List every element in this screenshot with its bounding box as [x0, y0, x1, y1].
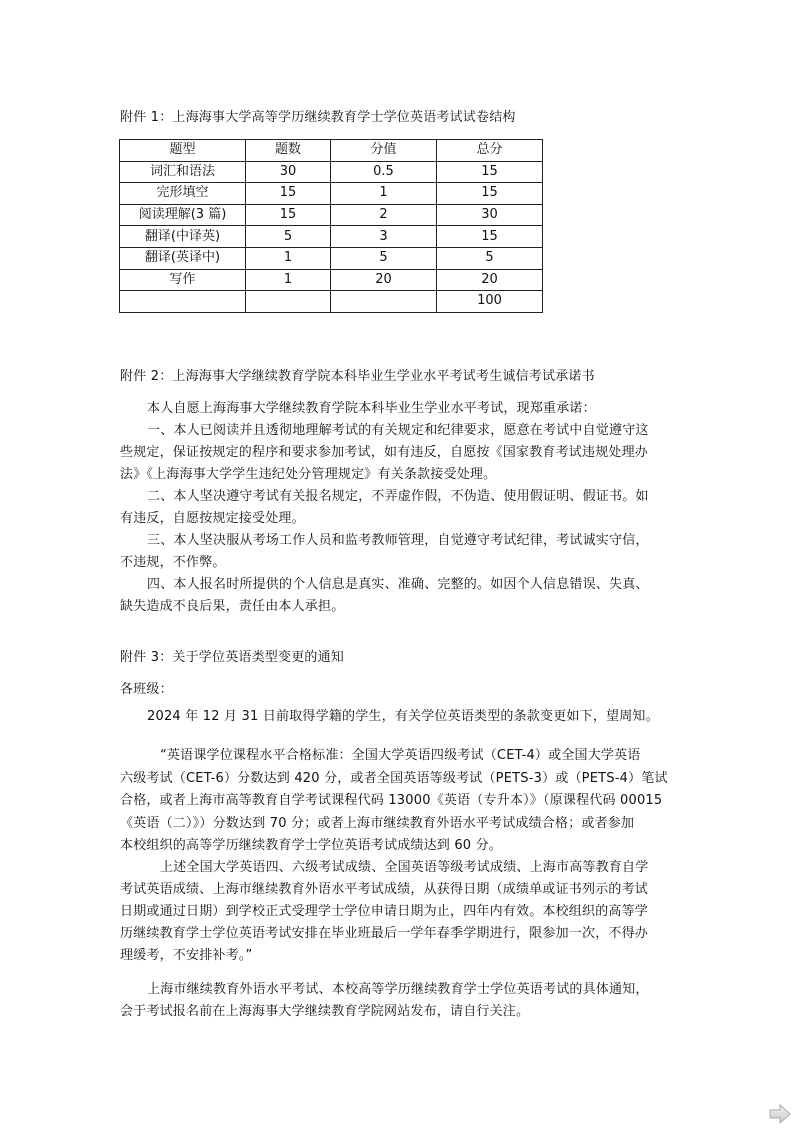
header-cell: 总分: [437, 140, 543, 162]
table-row: 翻译(英译中) 1 5 5: [120, 247, 543, 269]
attachment3-title: 附件 3：关于学位英语类型变更的通知: [120, 650, 344, 666]
table-cell: 1: [331, 183, 437, 205]
quote-line: 本校组织的高等学历继续教育学士学位英语考试成绩达到 60 分。: [120, 838, 502, 854]
table-header-row: 题型 题数 分值 总分: [120, 140, 543, 162]
quote-line: 合格，或者上海市高等教育自学考试课程代码 13000《英语（专升本）》（原课程代…: [120, 793, 662, 809]
table-cell: 5: [246, 226, 331, 248]
pledge-line: 法》《上海海事大学学生违纪处分管理规定》有关条款接受处理。: [120, 467, 496, 483]
table-cell: 5: [331, 247, 437, 269]
total-score-cell: 100: [437, 291, 543, 313]
quote-line: 六级考试（CET-6）分数达到 420 分，或者全国英语等级考试（PETS-3）…: [120, 771, 668, 787]
table-cell: 词汇和语法: [120, 161, 246, 183]
attachment1-title: 附件 1：上海海事大学高等学历继续教育学士学位英语考试试卷结构: [120, 110, 516, 126]
attachment2-title: 附件 2：上海海事大学继续教育学院本科毕业生学业水平考试考生诚信考试承诺书: [120, 369, 595, 385]
table-cell: 15: [437, 183, 543, 205]
table-row: 阅读理解(3 篇) 15 2 30: [120, 204, 543, 226]
table-cell: 15: [246, 204, 331, 226]
quote-line: 上述全国大学英语四、六级考试成绩、全国英语等级考试成绩、上海市高等教育自学: [160, 860, 648, 876]
table-cell: 20: [331, 269, 437, 291]
pledge-line: 二、本人坚决遵守考试有关报名规定，不弄虚作假，不伪造、使用假证明、假证书。如: [147, 489, 649, 505]
pledge-line: 缺失造成不良后果，责任由本人承担。: [120, 599, 344, 615]
table-cell: 20: [437, 269, 543, 291]
right-arrow-icon[interactable]: [768, 1104, 792, 1124]
table-row: 词汇和语法 30 0.5 15: [120, 161, 543, 183]
closing-line: 会于考试报名前在上海海事大学继续教育学院网站发布，请自行关注。: [120, 1004, 529, 1020]
table-cell: 15: [437, 226, 543, 248]
table-cell: [246, 291, 331, 313]
document-page: 附件 1：上海海事大学高等学历继续教育学士学位英语考试试卷结构 题型 题数 分值…: [0, 0, 800, 1134]
table-total-row: 100: [120, 291, 543, 313]
table-cell: 1: [246, 269, 331, 291]
table-cell: 写作: [120, 269, 246, 291]
table-row: 完形填空 15 1 15: [120, 183, 543, 205]
header-cell: 题型: [120, 140, 246, 162]
quote-line: 日期或通过日期）到学校正式受理学士学位申请日期为止，四年内有效。本校组织的高等学: [120, 904, 648, 920]
table-cell: 完形填空: [120, 183, 246, 205]
pledge-line: 一、本人已阅读并且透彻地理解考试的有关规定和纪律要求，愿意在考试中自觉遵守这: [147, 423, 649, 439]
table-row: 写作 1 20 20: [120, 269, 543, 291]
closing-line: 上海市继续教育外语水平考试、本校高等学历继续教育学士学位英语考试的具体通知，: [147, 982, 649, 998]
table-cell: 0.5: [331, 161, 437, 183]
table-cell: 阅读理解(3 篇): [120, 204, 246, 226]
table-cell: 1: [246, 247, 331, 269]
table-cell: [331, 291, 437, 313]
header-cell: 分值: [331, 140, 437, 162]
table-cell: 2: [331, 204, 437, 226]
table-cell: 3: [331, 226, 437, 248]
salutation: 各班级：: [120, 682, 173, 698]
quote-line: “英语课学位课程水平合格标准：全国大学英语四级考试（CET-4）或全国大学英语: [160, 748, 641, 764]
pledge-line: 四、本人报名时所提供的个人信息是真实、准确、完整的。如因个人信息错误、失真、: [147, 577, 649, 593]
table-cell: 15: [437, 161, 543, 183]
table-cell: 30: [437, 204, 543, 226]
exam-structure-table: 题型 题数 分值 总分 词汇和语法 30 0.5 15 完形填空 15 1 15…: [119, 139, 543, 313]
quote-line: 历继续教育学士学位英语考试安排在毕业班最后一学年春季学期进行，限参加一次，不得办: [120, 926, 648, 942]
pledge-line: 些规定，保证按规定的程序和要求参加考试，如有违反，自愿按《国家教育考试违规处理办: [120, 445, 648, 461]
pledge-line: 有违反，自愿按规定接受处理。: [120, 511, 305, 527]
table-cell: 30: [246, 161, 331, 183]
table-cell: [120, 291, 246, 313]
table-cell: 翻译(中译英): [120, 226, 246, 248]
table-cell: 15: [246, 183, 331, 205]
pledge-line: 本人自愿上海海事大学继续教育学院本科毕业生学业水平考试，现郑重承诺：: [147, 401, 596, 417]
quote-line: 《英语（二）》）分数达到 70 分；或者上海市继续教育外语水平考试成绩合格；或者…: [120, 816, 634, 832]
quote-line: 理缓考，不安排补考。”: [120, 948, 252, 964]
pledge-line: 三、本人坚决服从考场工作人员和监考教师管理，自觉遵守考试纪律，考试诚实守信，: [147, 533, 649, 549]
notice-intro: 2024 年 12 月 31 日前取得学籍的学生，有关学位英语类型的条款变更如下…: [147, 709, 659, 725]
table-cell: 翻译(英译中): [120, 247, 246, 269]
quote-line: 考试英语成绩、上海市继续教育外语水平考试成绩，从获得日期（成绩单或证书列示的考试: [120, 882, 648, 898]
pledge-line: 不违规，不作弊。: [120, 555, 226, 571]
header-cell: 题数: [246, 140, 331, 162]
table-row: 翻译(中译英) 5 3 15: [120, 226, 543, 248]
table-cell: 5: [437, 247, 543, 269]
